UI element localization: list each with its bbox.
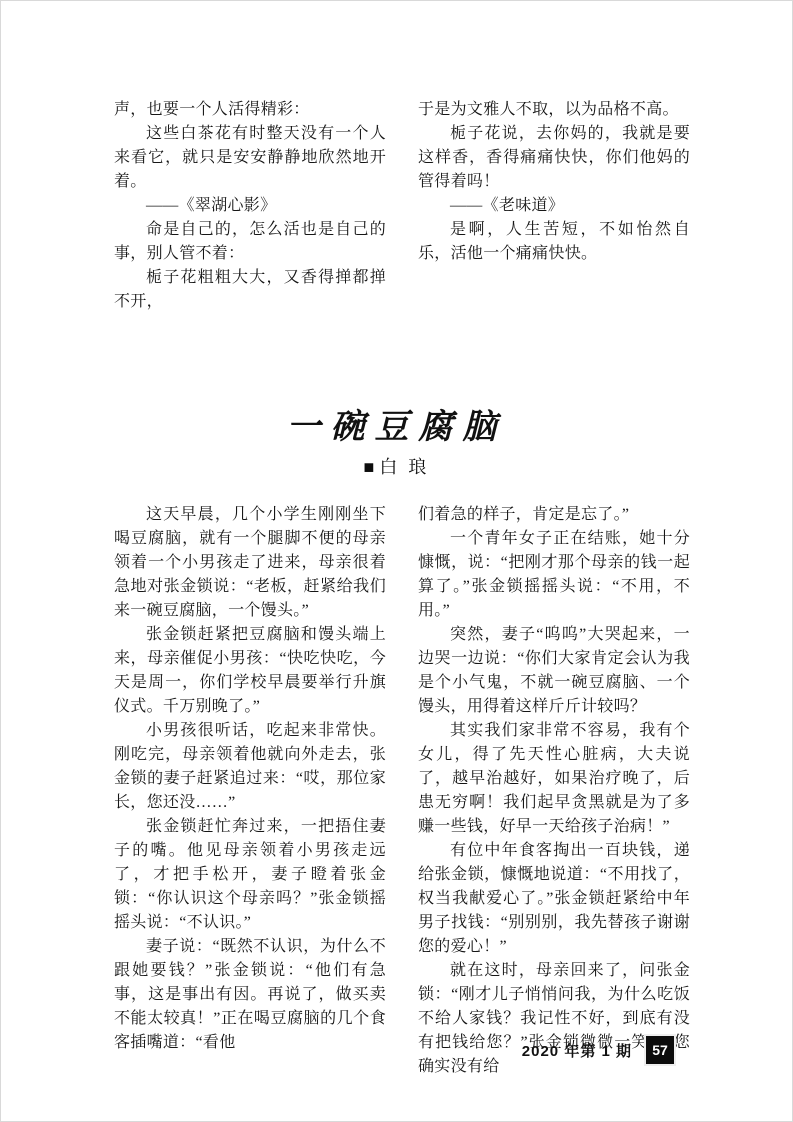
magazine-page: 声，也要一个人活得精彩： 这些白茶花有时整天没有一个人来看它，就只是安安静静地欣… <box>0 0 793 1122</box>
issue-label: 2020 年第 1 期 <box>522 1040 632 1061</box>
excerpt-paragraph: 这些白茶花有时整天没有一个人来看它，就只是安安静静地欣然地开着。 <box>114 122 386 194</box>
author-marker-square-icon: ■ <box>364 457 378 477</box>
body-paragraph: 张金锁赶忙奔过来，一把捂住妻子的嘴。他见母亲领着小男孩走远了，才把手松开，妻子瞪… <box>114 815 386 935</box>
excerpt-left-column: 声，也要一个人活得精彩： 这些白茶花有时整天没有一个人来看它，就只是安安静静地欣… <box>114 98 386 314</box>
body-paragraph: 其实我们家非常不容易，我有个女儿，得了先天性心脏病，大夫说了，越早治越好，如果治… <box>418 719 690 839</box>
body-paragraph: 这天早晨，几个小学生刚刚坐下喝豆腐脑，就有一个腿脚不便的母亲领着一个小男孩走了进… <box>114 503 386 623</box>
body-paragraph: 一个青年女子正在结账，她十分慷慨，说：“把刚才那个母亲的钱一起算了。”张金锁摇摇… <box>418 527 690 623</box>
page-footer: 2020 年第 1 期 57 <box>522 1036 674 1064</box>
excerpt-citation: ——《老味道》 <box>418 194 690 218</box>
excerpt-paragraph: 栀子花说，去你妈的，我就是要这样香，香得痛痛快快，你们他妈的管得着吗！ <box>418 122 690 194</box>
body-paragraph: 妻子说：“既然不认识，为什么不跟她要钱？”张金锁说：“他们有急事，这是事出有因。… <box>114 935 386 1055</box>
excerpt-paragraph: 命是自己的，怎么活也是自己的事，别人管不着： <box>114 218 386 266</box>
article-right-column: 们着急的样子，肯定是忘了。” 一个青年女子正在结账，她十分慷慨，说：“把刚才那个… <box>418 503 690 1079</box>
body-paragraph: 们着急的样子，肯定是忘了。” <box>418 503 690 527</box>
excerpt-right-column: 于是为文雅人不取，以为品格不高。 栀子花说，去你妈的，我就是要这样香，香得痛痛快… <box>418 98 690 314</box>
excerpt-paragraph: 于是为文雅人不取，以为品格不高。 <box>418 98 690 122</box>
body-paragraph: 有位中年食客掏出一百块钱，递给张金锁，慷慨地说道：“不用找了，权当我献爱心了。”… <box>418 839 690 959</box>
body-paragraph: 突然，妻子“呜呜”大哭起来，一边哭一边说：“你们大家肯定会认为我是个小气鬼，不就… <box>418 623 690 719</box>
excerpt-citation: ——《翠湖心影》 <box>114 194 386 218</box>
article-title: 一碗豆腐脑 <box>1 399 792 448</box>
article-body: 这天早晨，几个小学生刚刚坐下喝豆腐脑，就有一个腿脚不便的母亲领着一个小男孩走了进… <box>114 503 690 1079</box>
article-author: ■白 琅 <box>1 453 792 479</box>
page-number-badge: 57 <box>646 1036 674 1064</box>
article-left-column: 这天早晨，几个小学生刚刚坐下喝豆腐脑，就有一个腿脚不便的母亲领着一个小男孩走了进… <box>114 503 386 1079</box>
excerpt-paragraph: 声，也要一个人活得精彩： <box>114 98 386 122</box>
excerpt-paragraph: 栀子花粗粗大大，又香得掸都掸不开， <box>114 266 386 314</box>
author-name: 白 琅 <box>379 457 429 477</box>
excerpt-paragraph: 是啊，人生苦短，不如怡然自乐，活他一个痛痛快快。 <box>418 218 690 266</box>
previous-article-excerpt: 声，也要一个人活得精彩： 这些白茶花有时整天没有一个人来看它，就只是安安静静地欣… <box>114 98 690 314</box>
body-paragraph: 张金锁赶紧把豆腐脑和馒头端上来，母亲催促小男孩：“快吃快吃，今天是周一，你们学校… <box>114 623 386 719</box>
body-paragraph: 小男孩很听话，吃起来非常快。刚吃完，母亲领着他就向外走去，张金锁的妻子赶紧追过来… <box>114 719 386 815</box>
